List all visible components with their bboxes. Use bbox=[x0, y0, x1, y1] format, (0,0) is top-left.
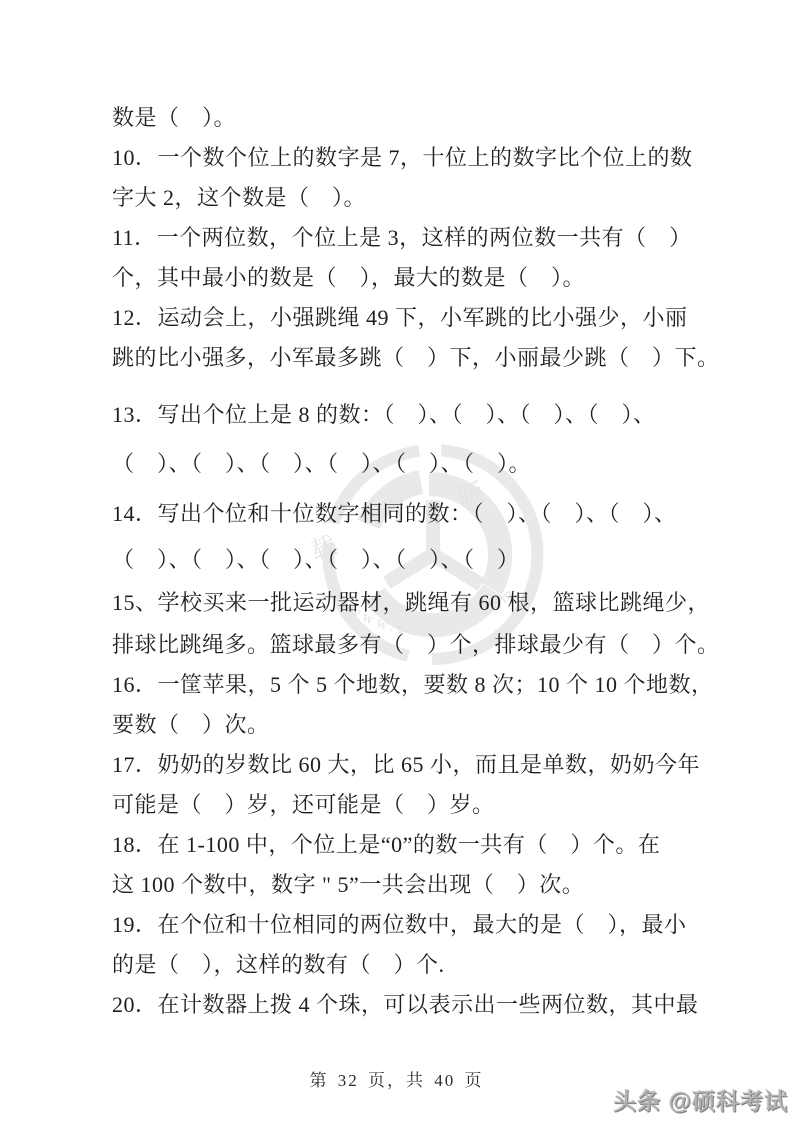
question-13-line-1: 13．写出个位上是 8 的数：（ ）、（ ）、（ ）、（ ）、 bbox=[112, 395, 712, 435]
question-17-line-2: 可能是（ ）岁，还可能是（ ）岁。 bbox=[112, 785, 712, 825]
page-number-indicator: 第 32 页，共 40 页 bbox=[310, 1071, 484, 1090]
question-17-line-1: 17．奶奶的岁数比 60 大，比 65 小，而且是单数，奶奶今年 bbox=[112, 745, 712, 785]
question-15-line-2: 排球比跳绳多。篮球最多有（ ）个，排球最少有（ ）个。 bbox=[112, 625, 712, 665]
worksheet-page: 子 版 载 www.so com 数是（ ）。 10．一个数个位上的数字是 7，… bbox=[0, 0, 793, 1121]
toutiao-brand-watermark: 头条 @硕科考试 bbox=[613, 1083, 788, 1116]
question-10-line-1: 10．一个数个位上的数字是 7，十位上的数字比个位上的数 bbox=[112, 138, 712, 178]
question-10-line-2: 字大 2，这个数是（ ）。 bbox=[112, 178, 712, 218]
question-15-line-1: 15、学校买来一批运动器材，跳绳有 60 根，篮球比跳绳少， bbox=[112, 583, 712, 623]
question-19-line-2: 的是（ ），这样的数有（ ）个. bbox=[112, 945, 712, 985]
question-20-line-1: 20．在计数器上拨 4 个珠，可以表示出一些两位数，其中最 bbox=[112, 985, 712, 1025]
question-16-line-2: 要数（ ）次。 bbox=[112, 705, 712, 745]
question-14-line-1: 14．写出个位和十位数字相同的数：（ ）、（ ）、（ ）、 bbox=[112, 494, 712, 534]
question-11-line-1: 11．一个两位数，个位上是 3，这样的两位数一共有（ ） bbox=[112, 218, 712, 258]
question-18-line-2: 这 100 个数中，数字 " 5”一共会出现（ ）次。 bbox=[112, 865, 712, 905]
question-13-line-2: （ ）、（ ）、（ ）、（ ）、（ ）、（ ）。 bbox=[112, 444, 712, 484]
worksheet-text-block: 数是（ ）。 10．一个数个位上的数字是 7，十位上的数字比个位上的数 字大 2… bbox=[112, 98, 712, 1025]
question-9-continuation-line: 数是（ ）。 bbox=[112, 98, 712, 138]
question-12-line-1: 12．运动会上，小强跳绳 49 下，小军跳的比小强少，小丽 bbox=[112, 298, 712, 338]
question-14-line-2: （ ）、（ ）、（ ）、（ ）、（ ）、（ ） bbox=[112, 540, 712, 580]
question-18-line-1: 18．在 1-100 中，个位上是“0”的数一共有（ ）个。在 bbox=[112, 825, 712, 865]
question-19-line-1: 19．在个位和十位相同的两位数中，最大的是（ ），最小 bbox=[112, 905, 712, 945]
question-16-line-1: 16．一筐苹果，5 个 5 个地数，要数 8 次；10 个 10 个地数， bbox=[112, 665, 712, 705]
question-12-line-2: 跳的比小强多，小军最多跳（ ）下，小丽最少跳（ ）下。 bbox=[112, 338, 712, 378]
question-11-line-2: 个，其中最小的数是（ ），最大的数是（ ）。 bbox=[112, 258, 712, 298]
